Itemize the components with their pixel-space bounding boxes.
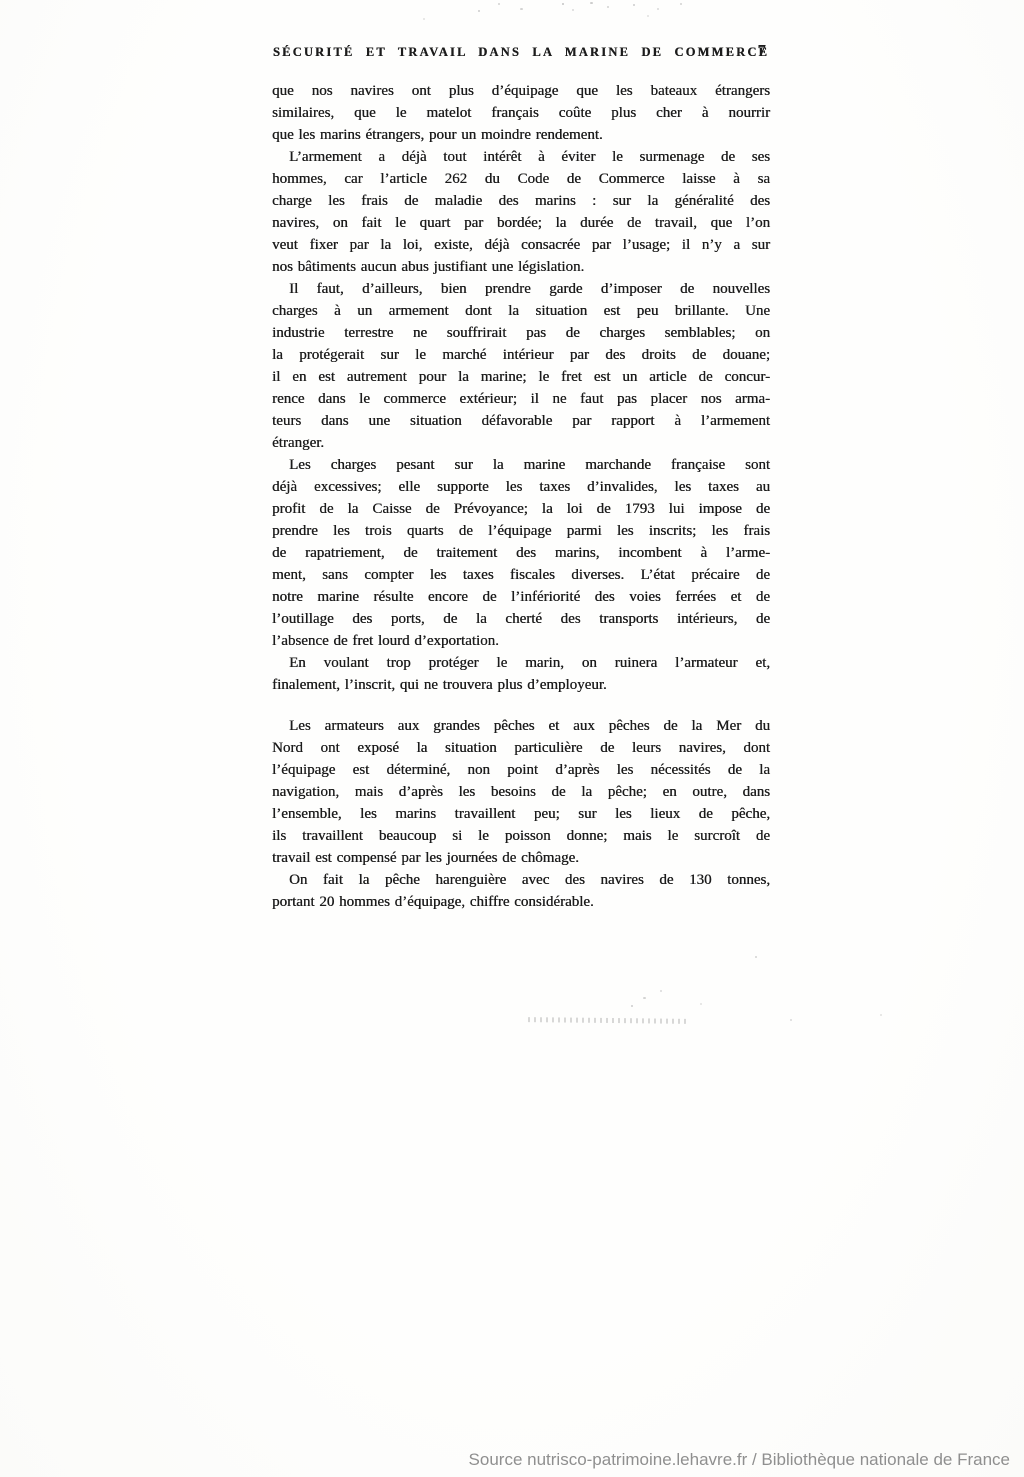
text-line: l’équipage est déterminé, non point d’ap… — [272, 759, 770, 781]
text-line: profit de la Caisse de Prévoyance; la lo… — [272, 498, 770, 520]
paragraph: que nos navires ont plus d’équipage que … — [272, 80, 770, 146]
text-line: nos bâtiments aucun abus justifiant une … — [272, 256, 770, 278]
text-line: étranger. — [272, 432, 770, 454]
text-line: rence dans le commerce extérieur; il ne … — [272, 388, 770, 410]
paragraph: Les charges pesant sur la marine marchan… — [272, 454, 770, 652]
text-line: portant 20 hommes d’équipage, chiffre co… — [272, 891, 770, 913]
text-line: ment, sans compter les taxes fiscales di… — [272, 564, 770, 586]
text-line: veut fixer par la loi, existe, déjà cons… — [272, 234, 770, 256]
scan-streak — [528, 1017, 686, 1024]
text-line: teurs dans une situation défavorable par… — [272, 410, 770, 432]
scan-speckle — [631, 1005, 633, 1007]
text-line: notre marine résulte encore de l’infério… — [272, 586, 770, 608]
paragraph: Les armateurs aux grandes pêches et aux … — [272, 715, 770, 869]
paragraph: Il faut, d’ailleurs, bien prendre garde … — [272, 278, 770, 454]
scan-speckle — [755, 956, 757, 958]
text-line: l’absence de fret lourd d’exportation. — [272, 630, 770, 652]
text-line: navigation, mais d’après les besoins de … — [272, 781, 770, 803]
text-line: similaires, que le matelot français coût… — [272, 102, 770, 124]
text-line: déjà excessives; elle supporte les taxes… — [272, 476, 770, 498]
text-line: Les armateurs aux grandes pêches et aux … — [272, 715, 770, 737]
page-number: 7 — [758, 41, 767, 61]
source-attribution: Source nutrisco-patrimoine.lehavre.fr / … — [469, 1450, 1010, 1469]
scan-speckle — [633, 4, 635, 6]
text-line: ils travaillent beaucoup si le poisson d… — [272, 825, 770, 847]
paragraph: En voulant trop protéger le marin, on ru… — [272, 652, 770, 696]
scan-speckle — [643, 997, 646, 999]
scan-speckle — [590, 2, 593, 4]
text-line: l’outillage des ports, de la cherté des … — [272, 608, 770, 630]
text-line: navires, on fait le quart par bordée; la… — [272, 212, 770, 234]
page-header: SÉCURITÉ ET TRAVAIL DANS LA MARINE DE CO… — [272, 45, 770, 67]
scan-speckle — [520, 8, 523, 10]
text-line: travail est compensé par les journées de… — [272, 847, 770, 869]
text-line: On fait la pêche harenguière avec des na… — [272, 869, 770, 891]
running-title: SÉCURITÉ ET TRAVAIL DANS LA MARINE DE CO… — [272, 45, 770, 60]
scan-speckle — [660, 990, 662, 992]
text-line: Les charges pesant sur la marine marchan… — [272, 454, 770, 476]
text-line: l’ensemble, les marins travaillent peu; … — [272, 803, 770, 825]
text-line: de rapatriement, de traitement des marin… — [272, 542, 770, 564]
paragraph: On fait la pêche harenguière avec des na… — [272, 869, 770, 913]
body-text: que nos navires ont plus d’équipage que … — [272, 80, 770, 913]
scan-speckle — [607, 6, 609, 8]
scan-speckle — [647, 15, 649, 17]
text-line: hommes, car l’article 262 du Code de Com… — [272, 168, 770, 190]
text-line: prendre les trois quarts de l’équipage p… — [272, 520, 770, 542]
scan-speckle — [790, 1019, 792, 1021]
scan-speckle — [572, 9, 574, 11]
text-line: Nord ont exposé la situation particulièr… — [272, 737, 770, 759]
scanned-page: SÉCURITÉ ET TRAVAIL DANS LA MARINE DE CO… — [0, 0, 1024, 1477]
text-line: charge les frais de maladie des marins :… — [272, 190, 770, 212]
text-line: il en est autrement pour la marine; le f… — [272, 366, 770, 388]
text-line: charges à un armement dont la situation … — [272, 300, 770, 322]
text-line: que nos navires ont plus d’équipage que … — [272, 80, 770, 102]
scan-speckle — [562, 3, 564, 5]
text-line: En voulant trop protéger le marin, on ru… — [272, 652, 770, 674]
scan-speckle — [657, 8, 659, 10]
text-line: Il faut, d’ailleurs, bien prendre garde … — [272, 278, 770, 300]
scan-speckle — [478, 10, 480, 12]
text-line: finalement, l’inscrit, qui ne trouvera p… — [272, 674, 770, 696]
text-line: que les marins étrangers, pour un moindr… — [272, 124, 770, 146]
paragraph: L’armement a déjà tout intérêt à éviter … — [272, 146, 770, 278]
scan-speckle — [700, 1003, 702, 1005]
scan-speckle — [680, 3, 682, 5]
scan-speckle — [423, 18, 425, 20]
scan-speckle — [729, 52, 731, 54]
text-line: la protégerait sur le marché intérieur p… — [272, 344, 770, 366]
text-line: industrie terrestre ne souffrirait pas d… — [272, 322, 770, 344]
scan-speckle — [498, 3, 500, 5]
text-line: L’armement a déjà tout intérêt à éviter … — [272, 146, 770, 168]
source-footer: Source nutrisco-patrimoine.lehavre.fr / … — [469, 1450, 1010, 1470]
scan-speckle — [880, 1014, 882, 1016]
